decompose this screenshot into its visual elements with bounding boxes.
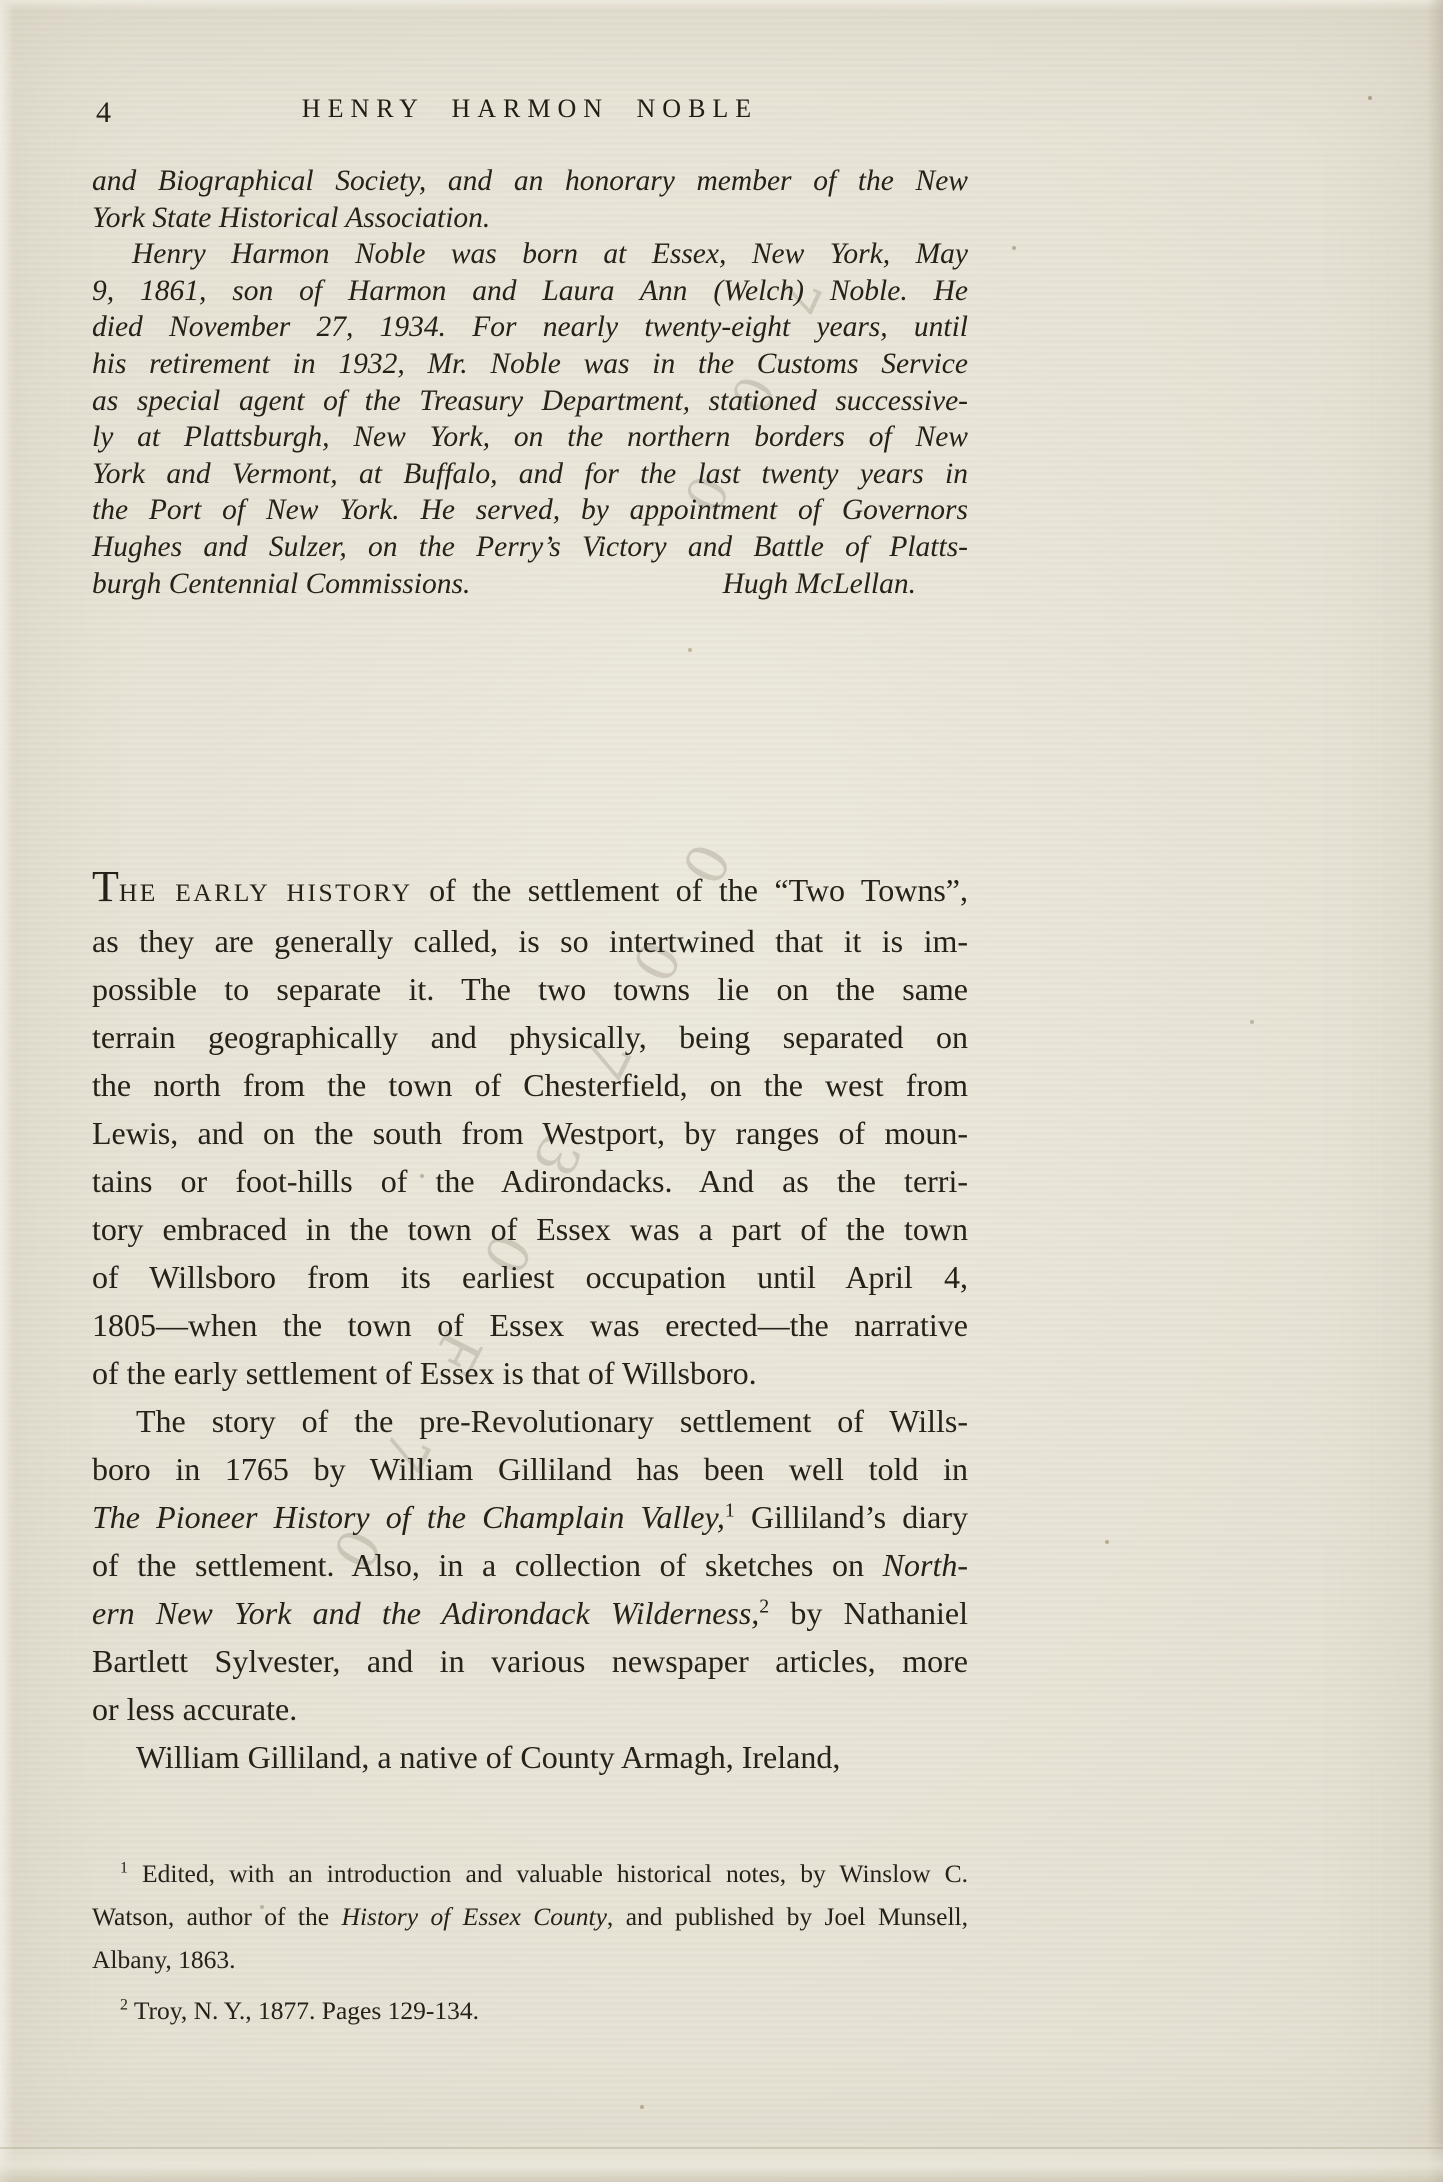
text-line: boro in 1765 by William Gilliland has be… xyxy=(92,1445,968,1493)
text-line: 1805—when the town of Essex was erected—… xyxy=(92,1301,968,1349)
text-segment: and Biographical Society, and an honorar… xyxy=(92,165,968,197)
text-segment: York State Historical Association. xyxy=(92,202,490,234)
footnote-marker: 1 xyxy=(120,1860,128,1877)
text-line: ern New York and the Adirondack Wilderne… xyxy=(92,1589,968,1637)
text-segment: 9, 1861, son of Harmon and Laura Ann (We… xyxy=(92,275,968,307)
paragraph: The story of the pre-Revolutionary settl… xyxy=(92,1397,968,1733)
paragraph: William Gilliland, a native of County Ar… xyxy=(92,1733,968,1781)
text-line: 2 Troy, N. Y., 1877. Pages 129-134. xyxy=(92,1989,968,2032)
text-line: The story of the pre-Revolutionary settl… xyxy=(92,1397,968,1445)
text-segment: 1805—when the town of Essex was erected—… xyxy=(92,1307,968,1343)
paragraph: THE EARLY HISTORY of the settlement of t… xyxy=(92,866,968,1397)
text-segment: Bartlett Sylvester, and in various newsp… xyxy=(92,1643,968,1679)
text-line: terrain geographically and physically, b… xyxy=(92,1013,968,1061)
text-segment: terrain geographically and physically, b… xyxy=(92,1019,968,1055)
book-page: 7 0 0 0 0 7 3 0 F 7 0 4 HENRY HARMON NOB… xyxy=(0,0,1443,2182)
text-segment: ly at Plattsburgh, New York, on the nort… xyxy=(92,421,968,453)
text-segment: of the settlement of the “Two Towns”, xyxy=(413,872,968,908)
text-line: The Pioneer History of the Champlain Val… xyxy=(92,1493,968,1541)
text-line: the Port of New York. He served, by appo… xyxy=(92,492,968,529)
text-segment: Henry Harmon Noble was born at Essex, Ne… xyxy=(132,238,968,270)
footnote-marker: 1 xyxy=(725,1499,735,1521)
attribution: Hugh McLellan. xyxy=(723,566,916,603)
text-line: Henry Harmon Noble was born at Essex, Ne… xyxy=(92,236,968,273)
text-segment: Gilliland’s diary xyxy=(735,1499,968,1535)
text-segment: HE EARLY HISTORY xyxy=(119,878,413,907)
text-segment: possible to separate it. The two towns l… xyxy=(92,971,968,1007)
paragraph: Henry Harmon Noble was born at Essex, Ne… xyxy=(92,236,968,602)
text-segment: History of Essex County xyxy=(342,1902,607,1931)
text-line: THE EARLY HISTORY of the settlement of t… xyxy=(92,866,968,917)
text-segment: ern New York and the Adirondack Wilderne… xyxy=(92,1595,759,1631)
text-segment: boro in 1765 by William Gilliland has be… xyxy=(92,1451,968,1487)
text-segment: Albany, 1863. xyxy=(92,1945,236,1974)
text-segment: York and Vermont, at Buffalo, and for th… xyxy=(92,458,968,490)
paragraph: and Biographical Society, and an honorar… xyxy=(92,163,968,236)
text-line: York State Historical Association. xyxy=(92,200,968,237)
article-body: THE EARLY HISTORY of the settlement of t… xyxy=(92,866,968,1781)
text-segment: Troy, N. Y., 1877. Pages 129-134. xyxy=(128,1996,479,2025)
text-segment: the Port of New York. He served, by appo… xyxy=(92,494,968,526)
text-line: Lewis, and on the south from Westport, b… xyxy=(92,1109,968,1157)
text-line: the north from the town of Chesterfield,… xyxy=(92,1061,968,1109)
text-line: died November 27, 1934. For nearly twent… xyxy=(92,309,968,346)
text-segment: tory embraced in the town of Essex was a… xyxy=(92,1211,968,1247)
text-segment: burgh Centennial Commissions. xyxy=(92,568,470,600)
text-line: tory embraced in the town of Essex was a… xyxy=(92,1205,968,1253)
text-line: ly at Plattsburgh, New York, on the nort… xyxy=(92,419,968,456)
text-segment: his retirement in 1932, Mr. Noble was in… xyxy=(92,348,968,380)
footnote-marker: 2 xyxy=(759,1595,769,1617)
text-line: Watson, author of the History of Essex C… xyxy=(92,1895,968,1938)
text-segment: The story of the pre-Revolutionary settl… xyxy=(136,1403,968,1439)
text-line: possible to separate it. The two towns l… xyxy=(92,965,968,1013)
text-line: of Willsboro from its earliest occupatio… xyxy=(92,1253,968,1301)
text-line: his retirement in 1932, Mr. Noble was in… xyxy=(92,346,968,383)
text-line: Bartlett Sylvester, and in various newsp… xyxy=(92,1637,968,1685)
text-segment: of Willsboro from its earliest occupatio… xyxy=(92,1259,968,1295)
text-line: William Gilliland, a native of County Ar… xyxy=(92,1733,968,1781)
page-edge-shading-left xyxy=(0,0,14,2182)
text-segment: by Nathaniel xyxy=(769,1595,968,1631)
running-head: HENRY HARMON NOBLE xyxy=(92,94,968,124)
text-segment: the north from the town of Chesterfield,… xyxy=(92,1067,968,1103)
text-segment: as they are generally called, is so inte… xyxy=(92,923,968,959)
text-segment: , and published by Joel Munsell, xyxy=(607,1902,968,1931)
text-line: tains or foot-hills of the Adirondacks. … xyxy=(92,1157,968,1205)
text-line: 9, 1861, son of Harmon and Laura Ann (We… xyxy=(92,273,968,310)
text-line: Albany, 1863. xyxy=(92,1938,968,1981)
text-segment: Edited, with an introduction and valuabl… xyxy=(128,1859,968,1888)
footnotes: 1 Edited, with an introduction and valua… xyxy=(92,1852,968,2032)
text-segment: Hughes and Sulzer, on the Perry’s Victor… xyxy=(92,531,968,563)
text-segment: of the settlement. Also, in a collection… xyxy=(92,1547,883,1583)
text-segment: died November 27, 1934. For nearly twent… xyxy=(92,311,968,343)
paragraph: 2 Troy, N. Y., 1877. Pages 129-134. xyxy=(92,1989,968,2032)
text-line: of the settlement. Also, in a collection… xyxy=(92,1541,968,1589)
text-segment: Lewis, and on the south from Westport, b… xyxy=(92,1115,968,1151)
text-segment: William Gilliland, a native of County Ar… xyxy=(136,1739,840,1775)
text-line: and Biographical Society, and an honorar… xyxy=(92,163,968,200)
page-number: 4 xyxy=(96,96,111,130)
biographical-intro: and Biographical Society, and an honorar… xyxy=(92,163,968,602)
text-line: of the early settlement of Essex is that… xyxy=(92,1349,968,1397)
paragraph: 1 Edited, with an introduction and valua… xyxy=(92,1852,968,1981)
text-line: as special agent of the Treasury Departm… xyxy=(92,383,968,420)
footnote-marker: 2 xyxy=(120,1997,128,2014)
text-segment: or less accurate. xyxy=(92,1691,297,1727)
paper-crease xyxy=(0,2147,1443,2149)
running-header: 4 HENRY HARMON NOBLE xyxy=(92,94,968,134)
text-segment: The Pioneer History of the Champlain Val… xyxy=(92,1499,725,1535)
text-line: 1 Edited, with an introduction and valua… xyxy=(92,1852,968,1895)
text-segment: of the early settlement of Essex is that… xyxy=(92,1355,757,1391)
text-line: Hughes and Sulzer, on the Perry’s Victor… xyxy=(92,529,968,566)
text-line: burgh Centennial Commissions.Hugh McLell… xyxy=(92,566,968,603)
text-segment: T xyxy=(92,862,119,911)
text-line: as they are generally called, is so inte… xyxy=(92,917,968,965)
text-segment: tains or foot-hills of the Adirondacks. … xyxy=(92,1163,968,1199)
text-line: York and Vermont, at Buffalo, and for th… xyxy=(92,456,968,493)
page-edge-shading-top xyxy=(0,0,1443,10)
page-edge-shading-right xyxy=(1427,0,1443,2182)
text-segment: as special agent of the Treasury Departm… xyxy=(92,385,968,417)
text-segment: North- xyxy=(883,1547,968,1583)
text-line: or less accurate. xyxy=(92,1685,968,1733)
text-segment: Watson, author of the xyxy=(92,1902,342,1931)
